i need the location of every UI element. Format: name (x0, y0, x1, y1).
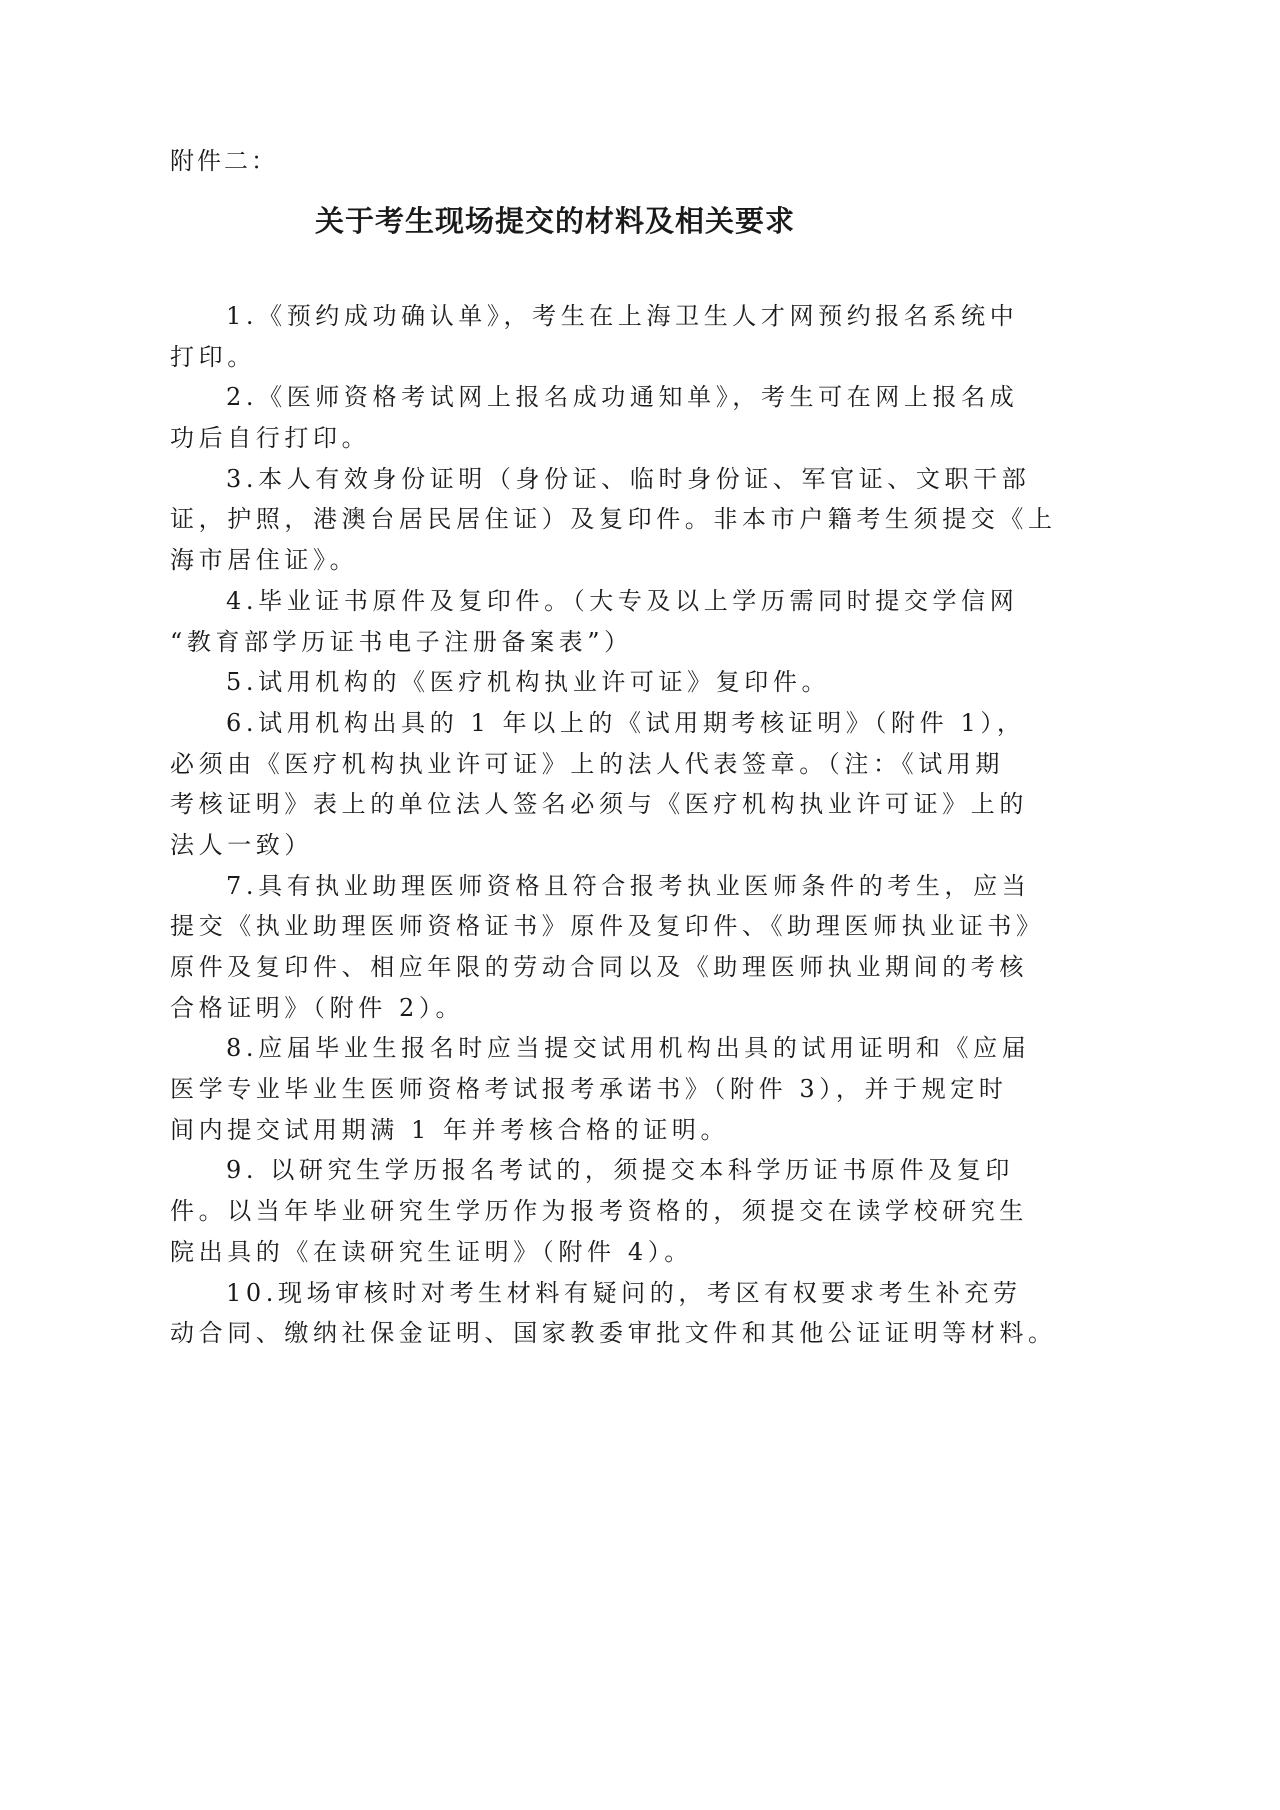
text-line: 提交《执业助理医师资格证书》原件及复印件、《助理医师执业证书》 (170, 906, 942, 947)
text-line: 考核证明》表上的单位法人签名必须与《医疗机构执业许可证》上的 (170, 784, 942, 825)
requirement-item-9: 9. 以研究生学历报名考试的，须提交本科学历证书原件及复印 件。以当年毕业研究生… (170, 1150, 942, 1272)
text-line: 合格证明》（附件 2）。 (170, 988, 942, 1029)
text-line: 10.现场审核时对考生材料有疑问的，考区有权要求考生补充劳 (170, 1273, 942, 1314)
requirement-item-10: 10.现场审核时对考生材料有疑问的，考区有权要求考生补充劳 动合同、缴纳社保金证… (170, 1273, 942, 1354)
text-line: 法人一致） (170, 825, 942, 866)
text-line: 功后自行打印。 (170, 418, 942, 459)
text-line: 1.《预约成功确认单》，考生在上海卫生人才网预约报名系统中 (170, 296, 942, 337)
text-line: “教育部学历证书电子注册备案表”） (170, 622, 942, 663)
text-line: 动合同、缴纳社保金证明、国家教委审批文件和其他公证证明等材料。 (170, 1313, 942, 1354)
text-line: 间内提交试用期满 1 年并考核合格的证明。 (170, 1110, 942, 1151)
text-line: 5.试用机构的《医疗机构执业许可证》复印件。 (170, 662, 942, 703)
requirement-item-8: 8.应届毕业生报名时应当提交试用机构出具的试用证明和《应届 医学专业毕业生医师资… (170, 1028, 942, 1150)
text-line: 件。以当年毕业研究生学历作为报考资格的，须提交在读学校研究生 (170, 1191, 942, 1232)
requirement-item-3: 3.本人有效身份证明（身份证、临时身份证、军官证、文职干部 证，护照，港澳台居民… (170, 459, 942, 581)
attachment-label: 附件二： (170, 144, 278, 178)
requirement-item-5: 5.试用机构的《医疗机构执业许可证》复印件。 (170, 662, 942, 703)
text-line: 院出具的《在读研究生证明》（附件 4）。 (170, 1232, 942, 1273)
text-line: 3.本人有效身份证明（身份证、临时身份证、军官证、文职干部 (170, 459, 942, 500)
document-title: 关于考生现场提交的材料及相关要求 (0, 202, 1110, 240)
text-line: 8.应届毕业生报名时应当提交试用机构出具的试用证明和《应届 (170, 1028, 942, 1069)
requirement-item-2: 2.《医师资格考试网上报名成功通知单》，考生可在网上报名成 功后自行打印。 (170, 377, 942, 458)
document-body: 1.《预约成功确认单》，考生在上海卫生人才网预约报名系统中 打印。 2.《医师资… (170, 296, 942, 1354)
text-line: 原件及复印件、相应年限的劳动合同以及《助理医师执业期间的考核 (170, 947, 942, 988)
text-line: 7.具有执业助理医师资格且符合报考执业医师条件的考生，应当 (170, 866, 942, 907)
requirement-item-7: 7.具有执业助理医师资格且符合报考执业医师条件的考生，应当 提交《执业助理医师资… (170, 866, 942, 1029)
text-line: 4.毕业证书原件及复印件。（大专及以上学历需同时提交学信网 (170, 581, 942, 622)
requirement-item-1: 1.《预约成功确认单》，考生在上海卫生人才网预约报名系统中 打印。 (170, 296, 942, 377)
text-line: 2.《医师资格考试网上报名成功通知单》，考生可在网上报名成 (170, 377, 942, 418)
text-line: 6.试用机构出具的 1 年以上的《试用期考核证明》（附件 1）， (170, 703, 942, 744)
document-page: 附件二： 关于考生现场提交的材料及相关要求 1.《预约成功确认单》，考生在上海卫… (0, 0, 1280, 1810)
text-line: 必须由《医疗机构执业许可证》上的法人代表签章。（注：《试用期 (170, 744, 942, 785)
text-line: 海市居住证》。 (170, 540, 942, 581)
text-line: 医学专业毕业生医师资格考试报考承诺书》（附件 3），并于规定时 (170, 1069, 942, 1110)
requirement-item-4: 4.毕业证书原件及复印件。（大专及以上学历需同时提交学信网 “教育部学历证书电子… (170, 581, 942, 662)
text-line: 证，护照，港澳台居民居住证）及复印件。非本市户籍考生须提交《上 (170, 499, 942, 540)
requirement-item-6: 6.试用机构出具的 1 年以上的《试用期考核证明》（附件 1）， 必须由《医疗机… (170, 703, 942, 866)
text-line: 打印。 (170, 337, 942, 378)
text-line: 9. 以研究生学历报名考试的，须提交本科学历证书原件及复印 (170, 1150, 942, 1191)
